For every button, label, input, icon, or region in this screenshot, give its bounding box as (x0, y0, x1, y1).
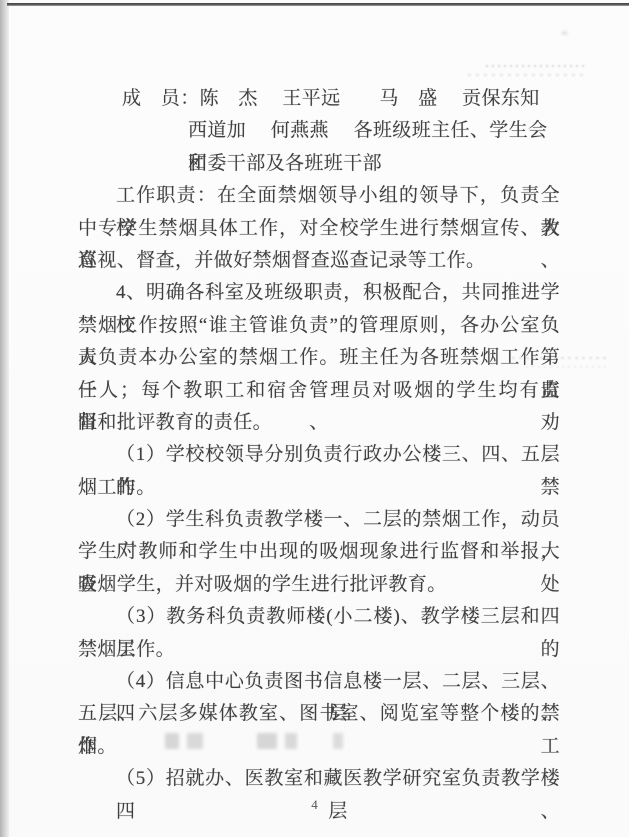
text-line: 西道加 何燕燕 各班级班主任、学生会和 (78, 115, 560, 147)
scan-smudge (468, 62, 588, 79)
text-line: 4、明确各科室及班级职责，积极配合，共同推进学校 (78, 277, 560, 309)
scan-speck (560, 30, 569, 36)
text-line: 中专学生禁烟具体工作，对全校学生进行禁烟宣传、教育、 (78, 213, 560, 245)
page-number: 4 (0, 797, 629, 813)
text-line: 任人；每个教职工和宿舍管理员对吸烟的学生均有监督、劝 (78, 375, 560, 407)
scan-top-edge-line (7, 3, 629, 6)
text-line: 团委干部及各班班干部 (78, 148, 560, 180)
document-lines: 成 员：陈 杰 王平远 马 盛 贡保东知西道加 何燕燕 各班级班主任、学生会和团… (78, 83, 560, 796)
text-line: 五层、六层多媒体教室、图书室、阅览室等整个楼的禁烟工 (78, 698, 560, 730)
scan-left-edge-shadow (0, 0, 9, 837)
text-line: （3）教务科负责教师楼(小二楼)、教学楼三层和四层的 (78, 601, 560, 633)
text-line: 学生对教师和学生中出现的吸烟现象进行监督和举报，查处 (78, 536, 560, 568)
text-line: 工作职责：在全面禁烟领导小组的领导下，负责全校大 (78, 180, 560, 212)
scanned-document-page: 成 员：陈 杰 王平远 马 盛 贡保东知西道加 何燕燕 各班级班主任、学生会和团… (0, 0, 629, 837)
text-line: （1）学校校领导分别负责行政办公楼三、四、五层的禁 (78, 439, 560, 471)
text-line: 成 员：陈 杰 王平远 马 盛 贡保东知 (78, 83, 560, 115)
text-line: （4）信息中心负责图书信息楼一层、二层、三层、四层、 (78, 666, 560, 698)
text-line: 人负责本办公室的禁烟工作。班主任为各班禁烟工作第一责 (78, 342, 560, 374)
text-line: （2）学生科负责教学楼一、二层的禁烟工作，动员广大 (78, 504, 560, 536)
text-line: 禁烟工作按照“谁主管谁负责”的管理原则，各办公室负责 (78, 310, 560, 342)
text-line: （5）招就办、医教室和藏医教学研究室负责教学楼四层、 (78, 763, 560, 795)
